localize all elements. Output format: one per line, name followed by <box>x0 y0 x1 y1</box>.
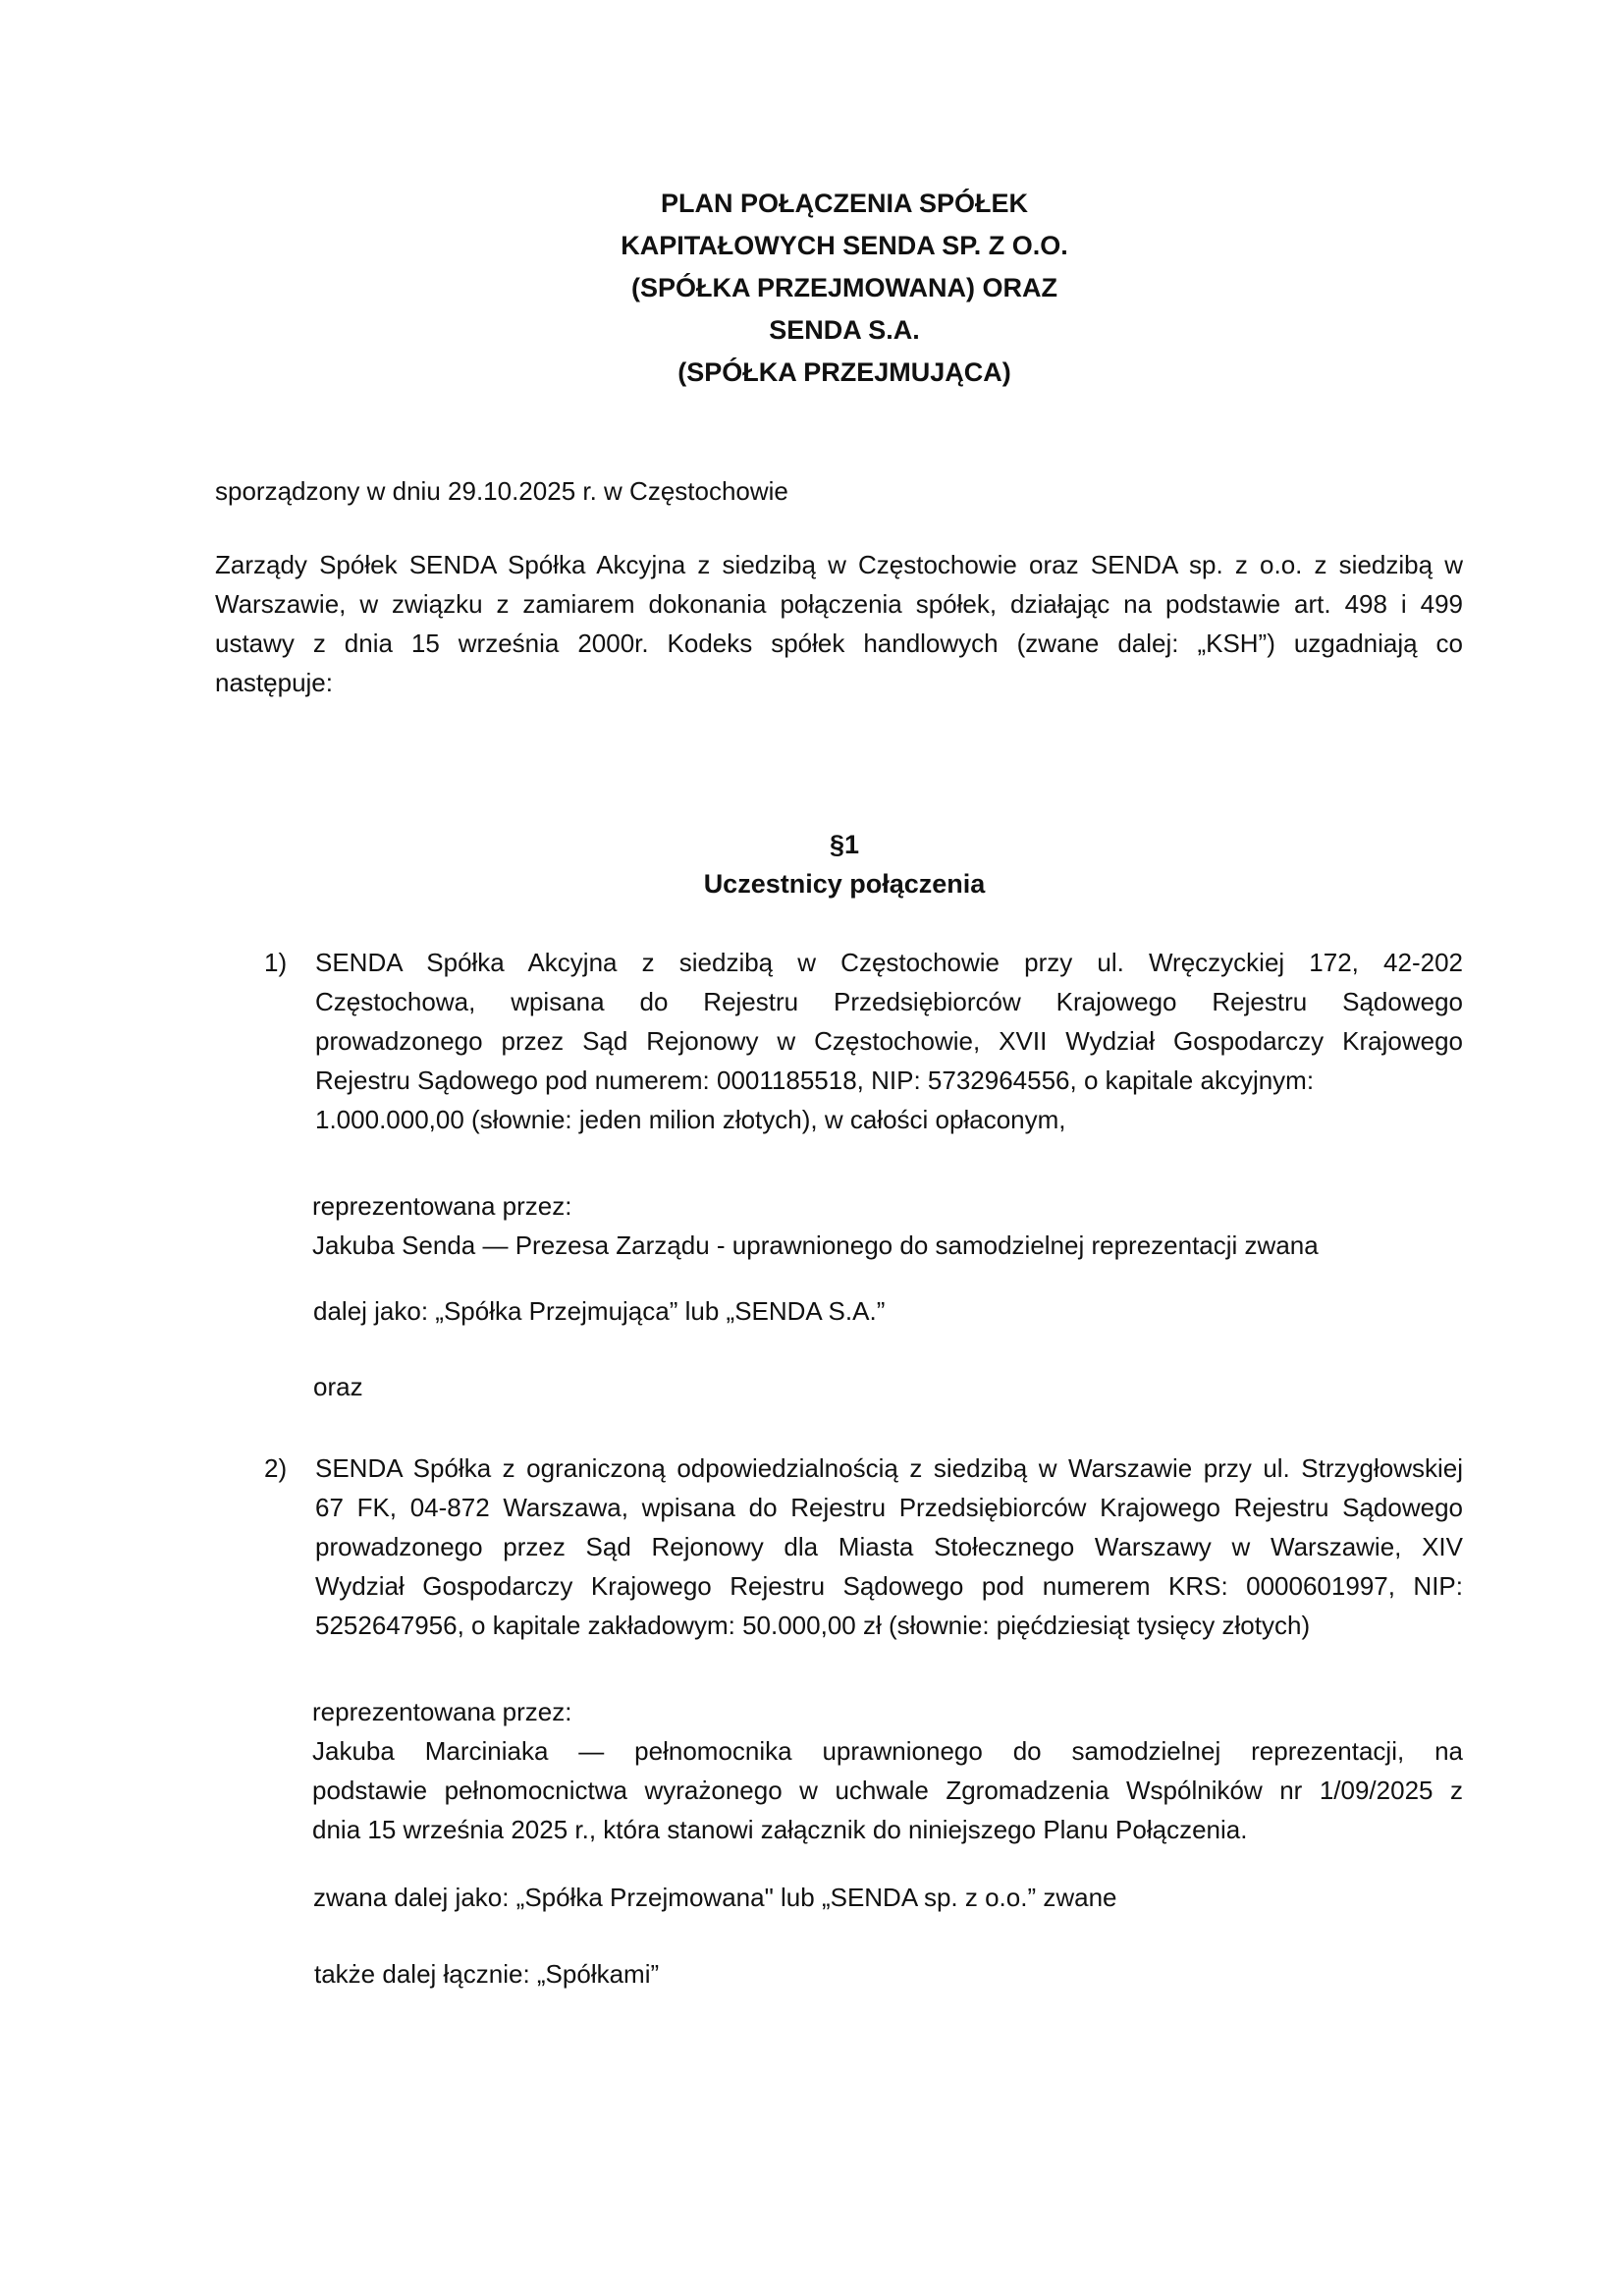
representative-line: Jakuba Senda — Prezesa Zarządu - uprawni… <box>312 1226 1319 1265</box>
list-marker: 1) <box>264 943 287 982</box>
title-line: PLAN POŁĄCZENIA SPÓŁEK <box>0 183 1623 225</box>
represented-by-label: reprezentowana przez: <box>312 1692 571 1731</box>
participant-line: SENDA Spółka Akcyjna z siedzibą w Często… <box>315 943 1463 982</box>
representative-paragraph: Jakuba Marciniaka — pełnomocnika uprawni… <box>312 1731 1463 1849</box>
intro-line: Warszawie, w związku z zamiarem dokonani… <box>215 584 1463 624</box>
title-line: (SPÓŁKA PRZEJMOWANA) ORAZ <box>0 267 1623 309</box>
participant-line: 67 FK, 04-872 Warszawa, wpisana do Rejes… <box>315 1488 1463 1527</box>
document-page: PLAN POŁĄCZENIA SPÓŁEK KAPITAŁOWYCH SEND… <box>0 0 1623 2296</box>
participant-line: prowadzonego przez Sąd Rejonowy dla Mias… <box>315 1527 1463 1566</box>
conjunction: oraz <box>313 1367 363 1406</box>
representative-line: Jakuba Marciniaka — pełnomocnika uprawni… <box>312 1731 1463 1771</box>
alias-line: zwana dalej jako: „Spółka Przejmowana" l… <box>313 1878 1117 1917</box>
participant-line: Rejestru Sądowego pod numerem: 000118551… <box>315 1061 1463 1100</box>
participant-line: 5252647956, o kapitale zakładowym: 50.00… <box>315 1606 1463 1645</box>
intro-line: ustawy z dnia 15 września 2000r. Kodeks … <box>215 624 1463 663</box>
section-heading: Uczestnicy połączenia <box>0 864 1623 903</box>
intro-paragraph: Zarządy Spółek SENDA Spółka Akcyjna z si… <box>215 545 1463 702</box>
participant-line: Częstochowa, wpisana do Rejestru Przedsi… <box>315 982 1463 1021</box>
title-line: KAPITAŁOWYCH SENDA SP. Z O.O. <box>0 225 1623 267</box>
represented-by-label: reprezentowana przez: <box>312 1186 571 1226</box>
title-line: SENDA S.A. <box>0 309 1623 352</box>
alias-line: dalej jako: „Spółka Przejmująca” lub „SE… <box>313 1291 885 1331</box>
participant-1-description: SENDA Spółka Akcyjna z siedzibą w Często… <box>315 943 1463 1139</box>
intro-line: Zarządy Spółek SENDA Spółka Akcyjna z si… <box>215 545 1463 584</box>
representative-line: dnia 15 września 2025 r., która stanowi … <box>312 1810 1463 1849</box>
participant-line: Wydział Gospodarczy Krajowego Rejestru S… <box>315 1566 1463 1606</box>
participant-line: 1.000.000,00 (słownie: jeden milion złot… <box>315 1100 1463 1139</box>
intro-line: następuje: <box>215 663 1463 702</box>
representative-line: podstawie pełnomocnictwa wyrażonego w uc… <box>312 1771 1463 1810</box>
participant-line: prowadzonego przez Sąd Rejonowy w Często… <box>315 1021 1463 1061</box>
date-line: sporządzony w dniu 29.10.2025 r. w Częst… <box>215 471 788 511</box>
section-number: §1 <box>0 825 1623 864</box>
participant-line: SENDA Spółka z ograniczoną odpowiedzialn… <box>315 1449 1463 1488</box>
document-title: PLAN POŁĄCZENIA SPÓŁEK KAPITAŁOWYCH SEND… <box>0 183 1623 394</box>
joint-alias-line: także dalej łącznie: „Spółkami” <box>314 1954 659 1994</box>
title-line: (SPÓŁKA PRZEJMUJĄCA) <box>0 352 1623 394</box>
list-marker: 2) <box>264 1449 287 1488</box>
participant-2-description: SENDA Spółka z ograniczoną odpowiedzialn… <box>315 1449 1463 1645</box>
